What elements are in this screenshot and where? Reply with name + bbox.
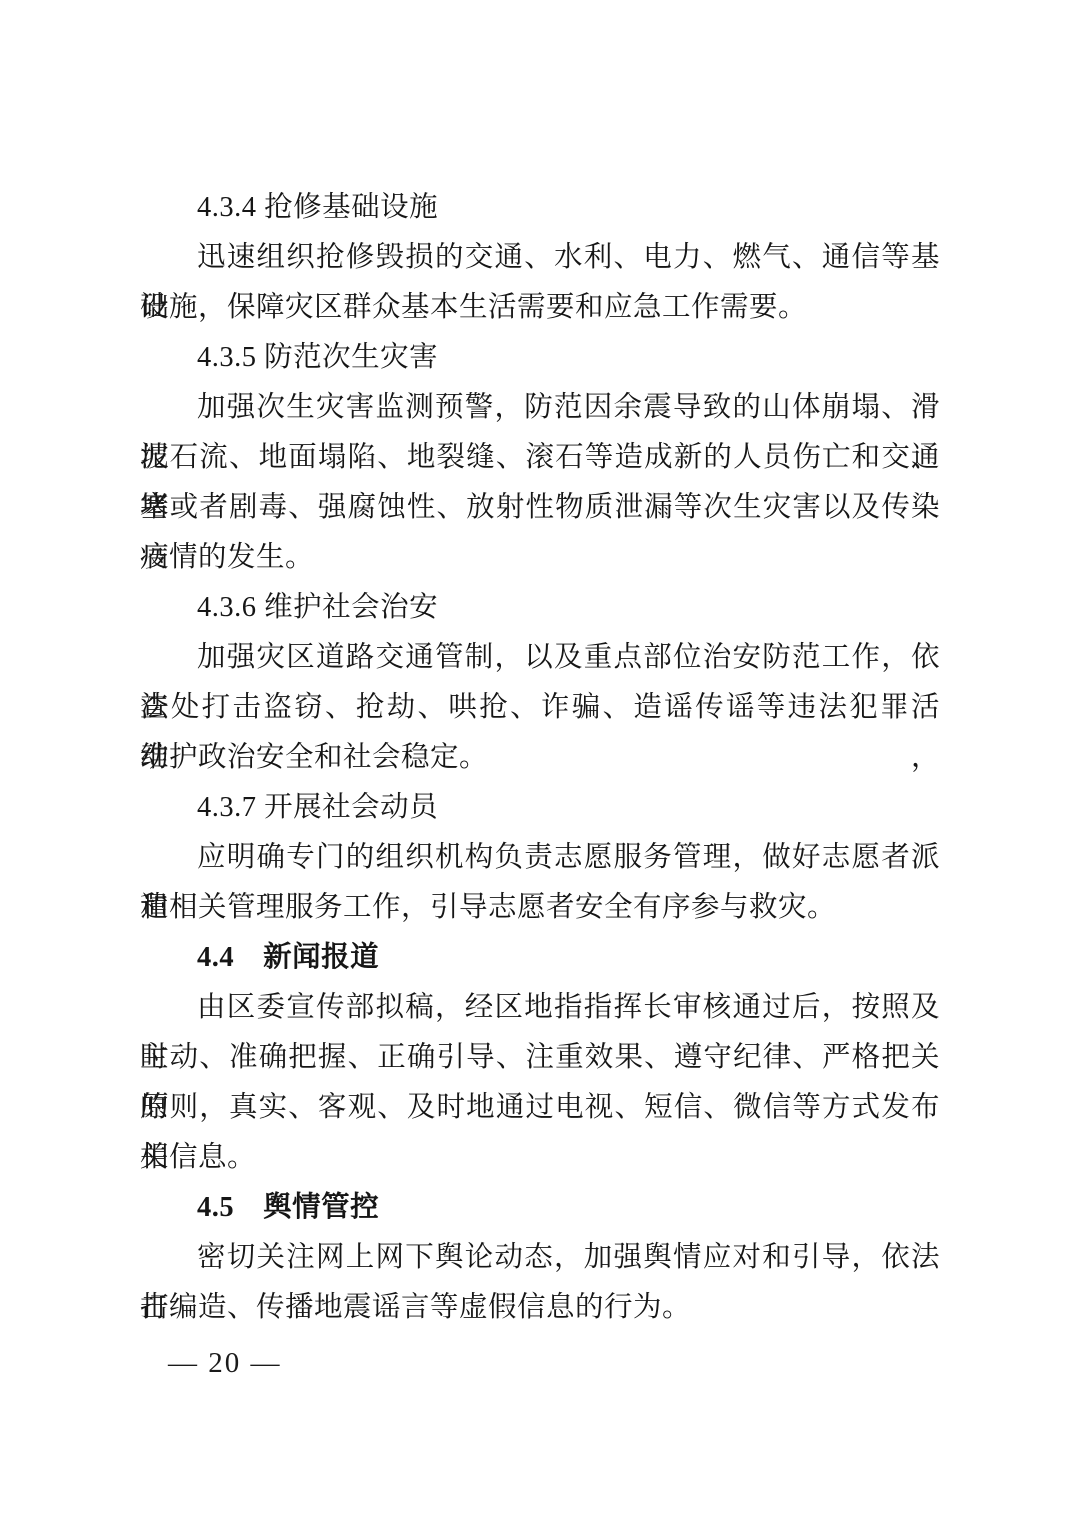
page-number: — 20 — (168, 1338, 282, 1388)
paragraph-line: 主动、准确把握、正确引导、注重效果、遵守纪律、严格把关的 (140, 1033, 940, 1083)
heading-4-3-4: 4.3.4 抢修基础设施 (140, 183, 940, 233)
paragraph-line: 设施，保障灾区群众基本生活需要和应急工作需要。 (140, 283, 940, 333)
paragraph-line: 击编造、传播地震谣言等虚假信息的行为。 (140, 1283, 940, 1333)
paragraph-line: 密切关注网上网下舆论动态，加强舆情应对和引导，依法打 (140, 1233, 940, 1283)
paragraph-line: 关信息。 (140, 1133, 940, 1183)
heading-4-3-5: 4.3.5 防范次生灾害 (140, 333, 940, 383)
paragraph-line: 加强次生灾害监测预警，防范因余震导致的山体崩塌、滑坡、 (140, 383, 940, 433)
paragraph-line: 查处打击盗窃、抢劫、哄抢、诈骗、造谣传谣等违法犯罪活动， (140, 683, 940, 733)
paragraph-line: 应明确专门的组织机构负责志愿服务管理，做好志愿者派遣 (140, 833, 940, 883)
paragraph-line: 塞或者剧毒、强腐蚀性、放射性物质泄漏等次生灾害以及传染病 (140, 483, 940, 533)
heading-4-3-7: 4.3.7 开展社会动员 (140, 783, 940, 833)
paragraph-line: 迅速组织抢修毁损的交通、水利、电力、燃气、通信等基础 (140, 233, 940, 283)
document-page: 4.3.4 抢修基础设施 迅速组织抢修毁损的交通、水利、电力、燃气、通信等基础 … (0, 0, 1074, 1520)
paragraph-line: 泥石流、地面塌陷、地裂缝、滚石等造成新的人员伤亡和交通堵 (140, 433, 940, 483)
heading-4-5: 4.5 舆情管控 (140, 1183, 940, 1233)
paragraph-line: 疫情的发生。 (140, 533, 940, 583)
paragraph-line: 由区委宣传部拟稿，经区地指指挥长审核通过后，按照及时 (140, 983, 940, 1033)
document-body: 4.3.4 抢修基础设施 迅速组织抢修毁损的交通、水利、电力、燃气、通信等基础 … (140, 183, 940, 1333)
paragraph-line: 和相关管理服务工作，引导志愿者安全有序参与救灾。 (140, 883, 940, 933)
heading-4-4: 4.4 新闻报道 (140, 933, 940, 983)
paragraph-line: 加强灾区道路交通管制，以及重点部位治安防范工作，依法 (140, 633, 940, 683)
paragraph-line: 原则，真实、客观、及时地通过电视、短信、微信等方式发布相 (140, 1083, 940, 1133)
heading-4-3-6: 4.3.6 维护社会治安 (140, 583, 940, 633)
